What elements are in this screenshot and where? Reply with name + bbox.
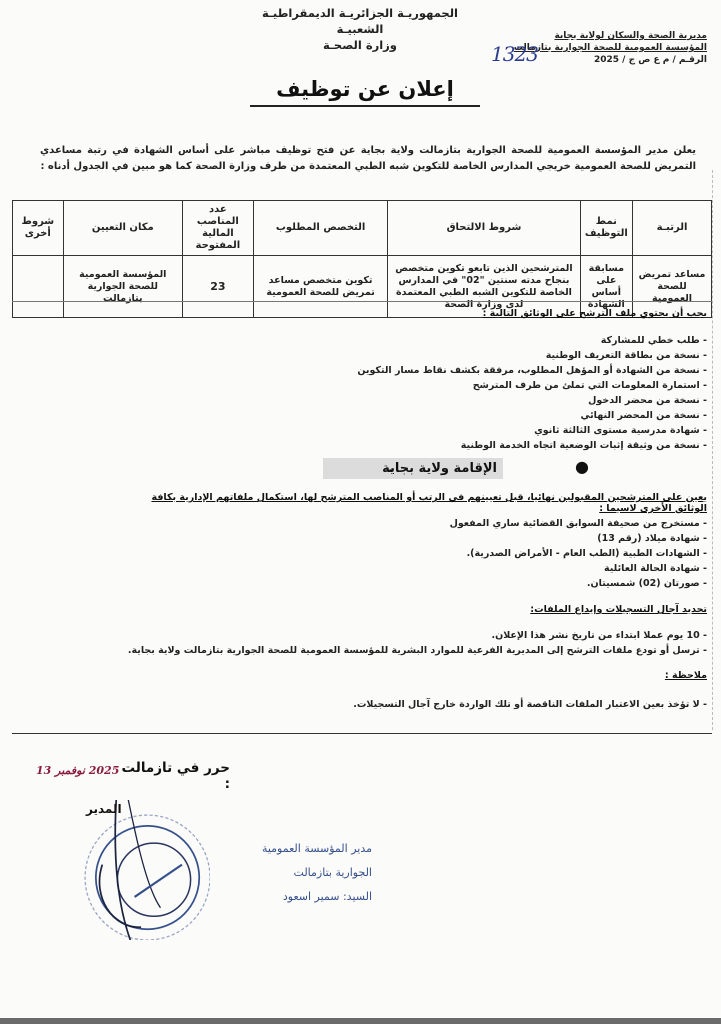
directorate-name: مديرية الصحة والسكان لولاية بجاية xyxy=(487,30,707,42)
intro-paragraph: يعلن مدير المؤسسة العمومية للصحة الجواري… xyxy=(40,143,696,175)
list-item: نسخة من الشهادة أو المؤهل المطلوب، مرفقة… xyxy=(187,363,707,378)
bullet-icon: ● xyxy=(575,456,589,478)
divider xyxy=(12,301,712,302)
list-item: نسخة من بطاقة التعريف الوطنية xyxy=(187,348,707,363)
deadlines-list: 10 يوم عملا ابتداء من تاريخ نشر هذا الإع… xyxy=(107,628,707,658)
republic-header: الجمهوريـة الجزائريـة الديمقراطيـة الشعب… xyxy=(240,5,480,53)
header-rank: الرتبـة xyxy=(633,201,712,256)
list-item: نسخة من محضر الدخول xyxy=(187,393,707,408)
reference-line: الرقـم / م ع ص ج / 2025 1323 xyxy=(487,54,707,66)
cell-other xyxy=(13,256,64,318)
reference-number: 1323 xyxy=(491,48,538,60)
list-item: صورتان (02) شمسيتان. xyxy=(127,576,707,591)
place-label: حرر في تازمالت : xyxy=(120,760,230,792)
reference-block: مديرية الصحة والسكان لولاية بجاية المؤسس… xyxy=(487,30,707,66)
header-mode: نمط التوظيف xyxy=(580,201,633,256)
page-edge xyxy=(0,1018,721,1024)
residence-requirement: الإقامة ولاية بجاية xyxy=(323,458,503,479)
header-conditions: شروط الالتحاق xyxy=(388,201,580,256)
date-stamp: 2025 نوفمبر 13 xyxy=(36,764,119,777)
header-specialty: التخصص المطلوب xyxy=(253,201,388,256)
list-item: لا تؤخذ بعين الاعتبار الملفات الناقصة أو… xyxy=(107,697,707,712)
reference-label: الرقـم xyxy=(679,55,707,65)
list-item: نسخة من المحضر النهائي xyxy=(187,408,707,423)
residence-end-mark: . xyxy=(388,458,393,479)
list-item: استمارة المعلومات التي تملئ من طرف المتر… xyxy=(187,378,707,393)
note-list: لا تؤخذ بعين الاعتبار الملفات الناقصة أو… xyxy=(107,697,707,712)
list-item: شهادة الحالة العائلية xyxy=(127,561,707,576)
stamp-line: السيد: سمير اسعود xyxy=(212,885,372,909)
list-item: شهادة مدرسية مستوى الثالثة ثانوي xyxy=(187,423,707,438)
announcement-page: الجمهوريـة الجزائريـة الديمقراطيـة الشعب… xyxy=(0,0,721,1024)
deadlines-heading: تحديد آجال التسجيلات وإيداع الملفات: xyxy=(307,604,707,615)
cell-place: المؤسسة العمومية للصحة الجوارية بتازمالت xyxy=(63,256,182,318)
list-item: ترسل أو تودع ملفات الترشح إلى المديرية ا… xyxy=(107,643,707,658)
official-stamp-icon xyxy=(70,800,210,940)
list-item: طلب خطي للمشاركة xyxy=(187,333,707,348)
divider xyxy=(12,733,712,734)
note-heading: ملاحظة : xyxy=(407,670,707,681)
list-item: نسخة من وثيقة إثبات الوضعية اتجاه الخدمة… xyxy=(187,438,707,453)
header-positions: عدد المناصب المالية المفتوحة xyxy=(182,201,253,256)
list-item: شهادة ميلاد (رقم 13) xyxy=(127,531,707,546)
reference-suffix: / م ع ص ج / 2025 xyxy=(594,55,676,65)
header-place: مكان التعيين xyxy=(63,201,182,256)
documents-list: طلب خطي للمشاركة نسخة من بطاقة التعريف ا… xyxy=(187,333,707,453)
director-label: المدير xyxy=(86,802,122,816)
final-documents-heading: يعين على المترشحين المقبولين نهائيا، قبل… xyxy=(117,492,707,514)
list-item: الشهادات الطبية (الطب العام - الأمراض ال… xyxy=(127,546,707,561)
page-title: إعلان عن توظيف xyxy=(250,77,480,107)
list-item: 10 يوم عملا ابتداء من تاريخ نشر هذا الإع… xyxy=(107,628,707,643)
ministry-name: وزارة الصحـة xyxy=(240,37,480,53)
stamp-line: مدير المؤسسة العمومية xyxy=(212,837,372,861)
header-other: شروط أخرى xyxy=(13,201,64,256)
documents-heading: يجب أن يحتوي ملف الترشح على الوثائق التا… xyxy=(207,308,707,319)
final-documents-list: مستخرج من صحيفة السوابق القضائية ساري ال… xyxy=(127,516,707,591)
stamp-line: الجوارية بتازمالت xyxy=(212,861,372,885)
stamp-text: مدير المؤسسة العمومية الجوارية بتازمالت … xyxy=(212,837,372,909)
republic-name: الجمهوريـة الجزائريـة الديمقراطيـة الشعب… xyxy=(262,6,458,36)
list-item: مستخرج من صحيفة السوابق القضائية ساري ال… xyxy=(127,516,707,531)
table-header-row: الرتبـة نمط التوظيف شروط الالتحاق التخصص… xyxy=(13,201,712,256)
frame-border xyxy=(712,170,713,730)
